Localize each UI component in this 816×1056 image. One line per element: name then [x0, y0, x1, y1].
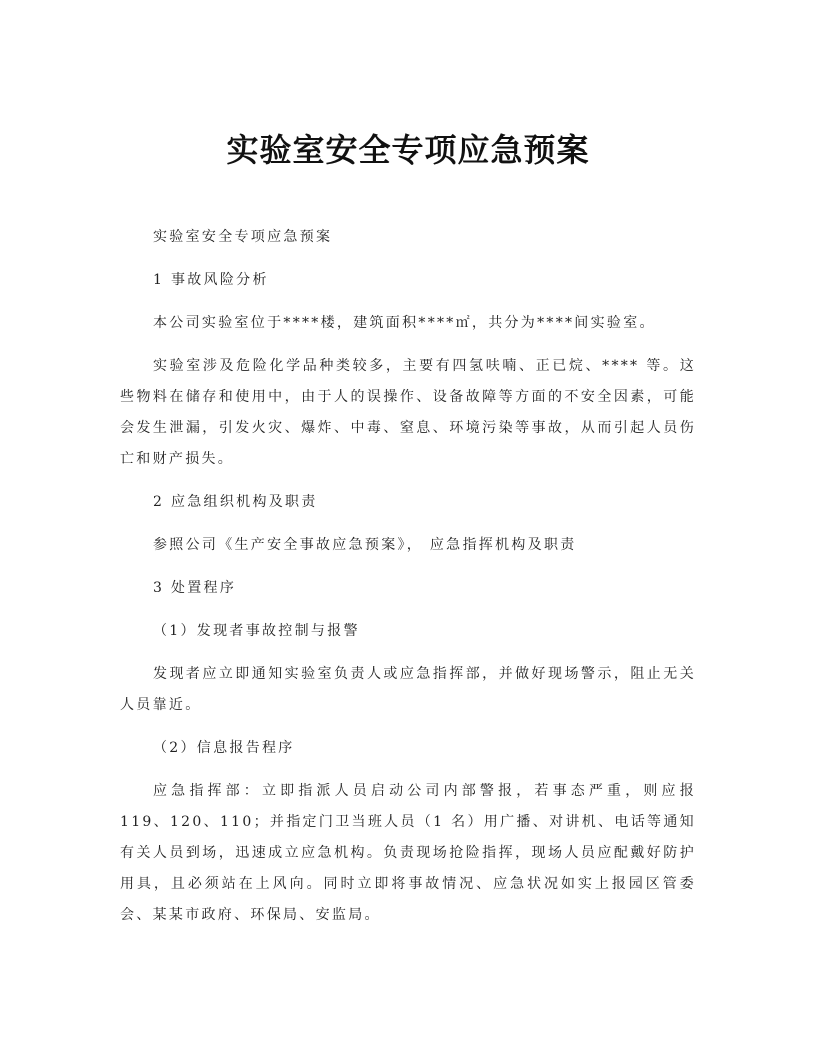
section-heading-2: 2 应急组织机构及职责 — [120, 487, 696, 518]
paragraph-discoverer: 发现者应立即通知实验室负责人或应急指挥部，并做好现场警示，阻止无关人员靠近。 — [120, 659, 696, 721]
paragraph-hazards: 实验室涉及危险化学品种类较多，主要有四氢呋喃、正已烷、**** 等。这些物料在储… — [120, 351, 696, 475]
subtitle-paragraph: 实验室安全专项应急预案 — [120, 222, 696, 253]
document-page: 实验室安全专项应急预案 实验室安全专项应急预案 1 事故风险分析 本公司实验室位… — [0, 0, 816, 1056]
document-body: 实验室安全专项应急预案 1 事故风险分析 本公司实验室位于****楼，建筑面积*… — [120, 222, 696, 931]
subsection-heading-2: （2）信息报告程序 — [120, 733, 696, 764]
paragraph-reporting: 应急指挥部：立即指派人员启动公司内部警报，若事态严重，则应报 119、120、1… — [120, 776, 696, 931]
section-heading-1: 1 事故风险分析 — [120, 265, 696, 296]
document-title: 实验室安全专项应急预案 — [0, 128, 816, 172]
paragraph-organization: 参照公司《生产安全事故应急预案》， 应急指挥机构及职责 — [120, 530, 696, 561]
paragraph-lab-location: 本公司实验室位于****楼，建筑面积****㎡，共分为****间实验室。 — [120, 308, 696, 339]
subsection-heading-1: （1）发现者事故控制与报警 — [120, 616, 696, 647]
section-heading-3: 3 处置程序 — [120, 573, 696, 604]
